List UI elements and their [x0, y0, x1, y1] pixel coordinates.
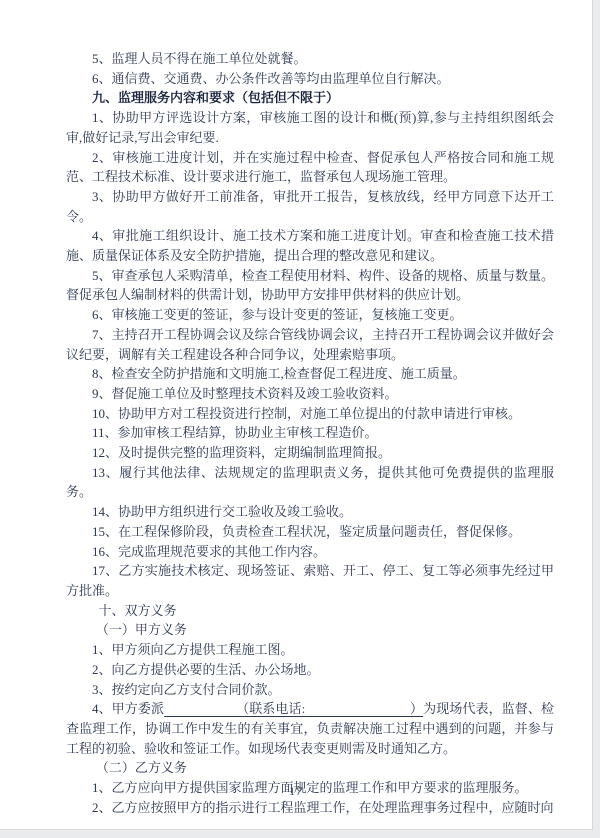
party-a-heading: （一）甲方义务 [66, 620, 554, 640]
doc-paragraph: 1、协助甲方评选设计方案，审核施工图的设计和概(预)算,参与主持组织图纸会审,做… [66, 108, 554, 147]
document-page: 5、监理人员不得在施工单位处就餐。 6、通信费、交通费、办公条件改善等均由监理单… [0, 0, 593, 830]
doc-paragraph: 5、审查承包人采购清单，检查工程使用材料、构件、设备的规格、质量与数量。督促承包… [66, 266, 554, 305]
doc-paragraph: 16、完成监理规范要求的其他工作内容。 [66, 542, 554, 562]
doc-paragraph: 2、乙方应按照甲方的指示进行工程监理工作，在处理监理事务过程中，应随时向 [66, 798, 554, 818]
doc-paragraph: 10、协助甲方对工程投资进行控制，对施工单位提出的付款申请进行审核。 [66, 404, 554, 424]
section10-heading: 十、双方义务 [66, 601, 554, 621]
party-b-heading: （二）乙方义务 [66, 758, 554, 778]
doc-paragraph: 3、协助甲方做好开工前准备，审批开工报告，复核放线，经甲方同意下达开工令。 [66, 187, 554, 226]
fill-in-blank-contact: （联系电话: ） [164, 701, 423, 716]
party-a-item4-paragraph: 4、甲方委派 （联系电话: ）为现场代表，监督、检查监理工作，协调工作中发生的有… [66, 699, 554, 758]
page-number: 17 [0, 786, 592, 798]
doc-paragraph: 2、审核施工进度计划，并在实施过程中检查、督促承包人严格按合同和施工规范、工程技… [66, 148, 554, 187]
doc-paragraph: 8、检查安全防护措施和文明施工,检查督促工程进度、施工质量。 [66, 364, 554, 384]
doc-paragraph: 1、甲方须向乙方提供工程施工图。 [66, 640, 554, 660]
doc-paragraph: 13、履行其他法律、法规规定的监理职责义务，提供其他可免费提供的监理服务。 [66, 463, 554, 502]
doc-paragraph: 2、向乙方提供必要的生活、办公场地。 [66, 660, 554, 680]
doc-paragraph: 7、主持召开工程协调会议及综合管线协调会议，主持召开工程协调会议并做好会议纪要，… [66, 325, 554, 364]
doc-paragraph: 15、在工程保修阶段，负责检查工程状况，鉴定质量问题责任，督促保修。 [66, 522, 554, 542]
party-a-item4-prefix: 4、甲方委派 [92, 701, 164, 716]
doc-paragraph: 12、及时提供完整的监理资料，定期编制监理简报。 [66, 443, 554, 463]
doc-paragraph: 4、审批施工组织设计、施工技术方案和施工进度计划。审查和检查施工技术措施、质量保… [66, 226, 554, 265]
doc-paragraph: 11、参加审核工程结算，协助业主审核工程造价。 [66, 423, 554, 443]
page-content: 5、监理人员不得在施工单位处就餐。 6、通信费、交通费、办公条件改善等均由监理单… [66, 49, 554, 817]
doc-paragraph: 6、审核施工变更的签证，参与设计变更的签证，复核施工变更。 [66, 305, 554, 325]
section9-heading: 九、监理服务内容和要求（包括但不限于） [66, 88, 554, 108]
doc-paragraph: 6、通信费、交通费、办公条件改善等均由监理单位自行解决。 [66, 69, 554, 89]
doc-paragraph: 9、督促施工单位及时整理技术资料及竣工验收资料。 [66, 384, 554, 404]
doc-paragraph: 3、按约定向乙方支付合同价款。 [66, 680, 554, 700]
doc-paragraph: 14、协助甲方组织进行交工验收及竣工验收。 [66, 502, 554, 522]
doc-paragraph: 17、乙方实施技术核定、现场签证、索赔、开工、停工、复工等必须事先经过甲方批准。 [66, 561, 554, 600]
doc-paragraph: 5、监理人员不得在施工单位处就餐。 [66, 49, 554, 69]
